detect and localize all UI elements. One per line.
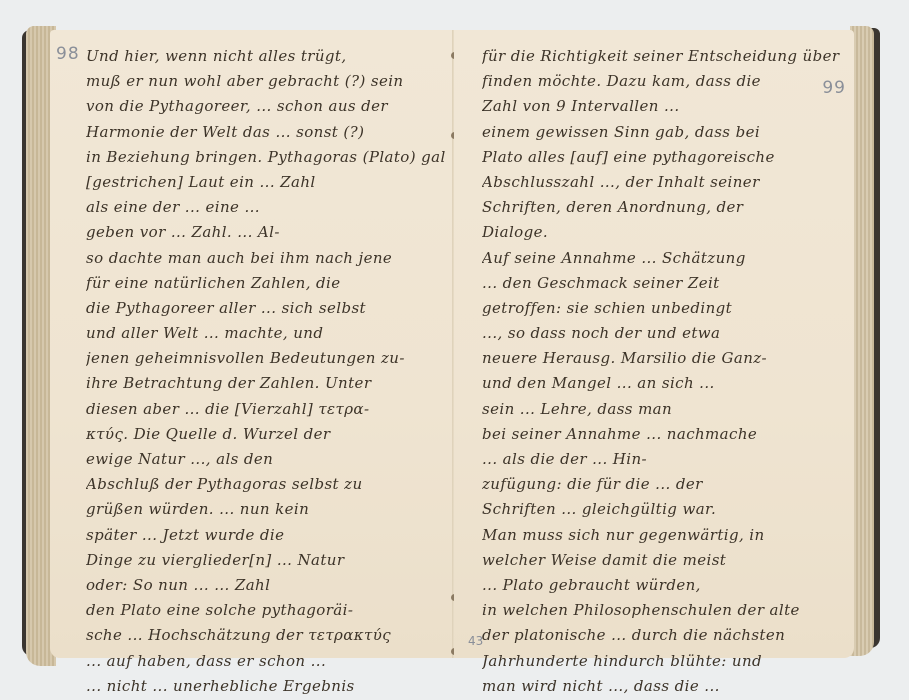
handwritten-line: oder: So nun ... ... Zahl xyxy=(86,573,446,598)
handwritten-line: jenen geheimnisvollen Bedeutungen zu- xyxy=(86,346,446,371)
handwritten-line: später ... Jetzt wurde die xyxy=(86,523,446,548)
left-page-text: Und hier, wenn nicht alles trügt, muß er… xyxy=(86,44,446,699)
handwritten-line: als eine der ... eine ... xyxy=(86,195,446,220)
handwritten-line: bei seiner Annahme ... nachmache xyxy=(482,422,842,447)
handwritten-line: Und hier, wenn nicht alles trügt, xyxy=(86,44,446,69)
handwritten-line: man wird nicht ..., dass die ... xyxy=(482,674,842,699)
handwritten-line: Schriften ... gleichgültig war. xyxy=(482,497,842,522)
handwritten-line: ..., so dass noch der und etwa xyxy=(482,321,842,346)
handwritten-line: [gestrichen] Laut ein ... Zahl xyxy=(86,170,446,195)
handwritten-line: muß er nun wohl aber gebracht (?) sein xyxy=(86,69,446,94)
handwritten-line: grüßen würden. ... nun kein xyxy=(86,497,446,522)
handwritten-line: der platonische ... durch die nächsten xyxy=(482,623,842,648)
handwritten-line: Dinge zu vierglieder[n] ... Natur xyxy=(86,548,446,573)
handwritten-line: ... auf haben, dass er schon ... xyxy=(86,649,446,674)
handwritten-line: sein ... Lehre, dass man xyxy=(482,397,842,422)
handwritten-line: Harmonie der Welt das ... sonst (?) xyxy=(86,120,446,145)
handwritten-line: einem gewissen Sinn gab, dass bei xyxy=(482,120,842,145)
handwritten-line: ... Plato gebraucht würden, xyxy=(482,573,842,598)
handwritten-line: Jahrhunderte hindurch blühte: und xyxy=(482,649,842,674)
handwritten-line: Abschluß der Pythagoras selbst zu xyxy=(86,472,446,497)
handwritten-line: ... nicht ... unerhebliche Ergebnis xyxy=(86,674,446,699)
handwritten-line: und den Mangel ... an sich ... xyxy=(482,371,842,396)
handwritten-line: Zahl von 9 Intervallen ... xyxy=(482,94,842,119)
handwritten-line: in Beziehung bringen. Pythagoras (Plato)… xyxy=(86,145,446,170)
folio-number: 43 xyxy=(468,634,483,648)
handwritten-line: ihre Betrachtung der Zahlen. Unter xyxy=(86,371,446,396)
handwritten-line: getroffen: sie schien unbedingt xyxy=(482,296,842,321)
handwritten-line: neuere Herausg. Marsilio die Ganz- xyxy=(482,346,842,371)
left-page: 98 Und hier, wenn nicht alles trügt, muß… xyxy=(50,30,454,658)
handwritten-line: Auf seine Annahme ... Schätzung xyxy=(482,246,842,271)
handwritten-line: von die Pythagoreer, ... schon aus der xyxy=(86,94,446,119)
handwritten-line: Man muss sich nur gegenwärtig, in xyxy=(482,523,842,548)
handwritten-line: für die Richtigkeit seiner Entscheidung … xyxy=(482,44,842,69)
handwritten-line: welcher Weise damit die meist xyxy=(482,548,842,573)
handwritten-line: Plato alles [auf] eine pythagoreische xyxy=(482,145,842,170)
right-page: 99 43 für die Richtigkeit seiner Entsche… xyxy=(454,30,854,658)
handwritten-line: die Pythagoreer aller ... sich selbst xyxy=(86,296,446,321)
handwritten-line: finden möchte. Dazu kam, dass die xyxy=(482,69,842,94)
handwritten-line: sche ... Hochschätzung der τετρακτύς xyxy=(86,623,446,648)
handwritten-line: geben vor ... Zahl. ... Al- xyxy=(86,220,446,245)
handwritten-line: ... als die der ... Hin- xyxy=(482,447,842,472)
handwritten-line: den Plato eine solche pythagoräi- xyxy=(86,598,446,623)
handwritten-line: so dachte man auch bei ihm nach jene xyxy=(86,246,446,271)
notebook: 98 Und hier, wenn nicht alles trügt, muß… xyxy=(22,22,880,676)
handwritten-line: Dialoge. xyxy=(482,220,842,245)
page-number-left: 98 xyxy=(56,44,80,64)
handwritten-line: κτύς. Die Quelle d. Wurzel der xyxy=(86,422,446,447)
handwritten-line: ... den Geschmack seiner Zeit xyxy=(482,271,842,296)
handwritten-line: Abschlusszahl ..., der Inhalt seiner xyxy=(482,170,842,195)
handwritten-line: zufügung: die für die ... der xyxy=(482,472,842,497)
handwritten-line: in welchen Philosophenschulen der alte xyxy=(482,598,842,623)
handwritten-line: ewige Natur ..., als den xyxy=(86,447,446,472)
handwritten-line: Schriften, deren Anordnung, der xyxy=(482,195,842,220)
handwritten-line: für eine natürlichen Zahlen, die xyxy=(86,271,446,296)
right-page-text: für die Richtigkeit seiner Entscheidung … xyxy=(482,44,842,699)
handwritten-line: diesen aber ... die [Vierzahl] τετρα- xyxy=(86,397,446,422)
handwritten-line: und aller Welt ... machte, und xyxy=(86,321,446,346)
